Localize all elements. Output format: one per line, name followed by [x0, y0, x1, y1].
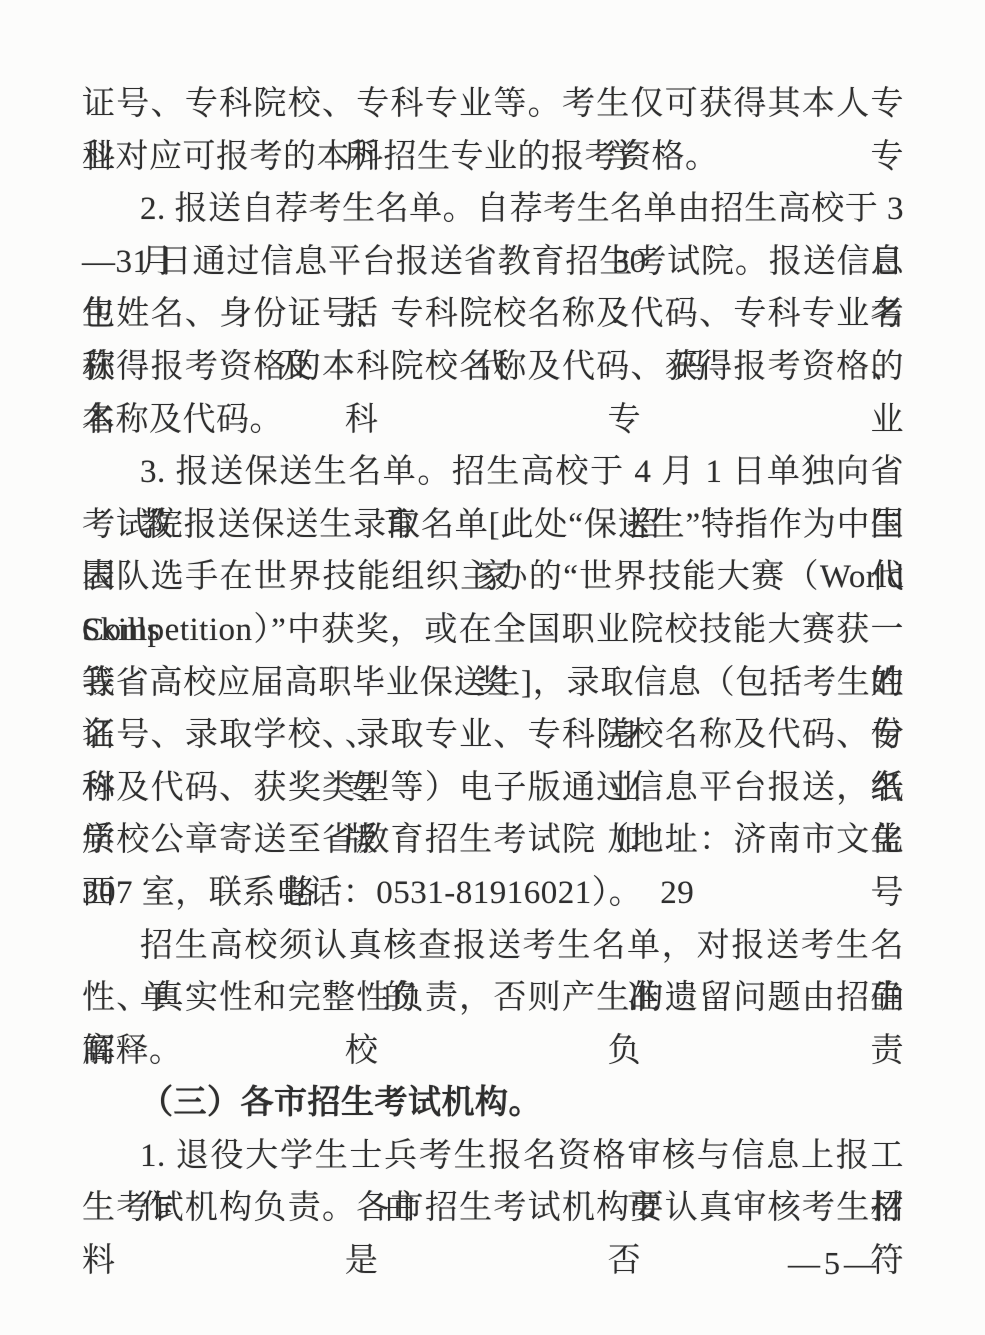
text-line: 3. 报送保送生名单。招生高校于 4 月 1 日单独向省教育招生 — [82, 446, 904, 499]
text-line: 考试院报送保送生录取名单[此处“保送生”特指作为中国国家代 — [82, 499, 904, 552]
section-heading: （三）各市招生考试机构。 — [82, 1077, 904, 1130]
text-line: 1. 退役大学生士兵考生报名资格审核与信息上报工作由市招 — [82, 1130, 904, 1183]
text-line: 招生高校须认真核查报送考生名单，对报送考生名单的准确 — [82, 920, 904, 973]
text-line: 获得报考资格的本科院校名称及代码、获得报考资格的本科专业 — [82, 341, 904, 394]
document-page: 证号、专科院校、专科专业等。考生仅可获得其本人专科所学专 业对应可报考的本科招生… — [0, 0, 985, 1335]
text-line: 称及代码、获奖类型等）电子版通过信息平台报送，纸质版加盖 — [82, 762, 904, 815]
text-line: —31 日通过信息平台报送省教育招生考试院。报送信息包括：考 — [82, 236, 904, 289]
text-line: 证号、录取学校、录取专业、专科院校名称及代码、专科专业名 — [82, 709, 904, 762]
text-line: 2. 报送自荐考生名单。自荐考生名单由招生高校于 3 月 30 日 — [82, 183, 904, 236]
text-line: Competition）”中获奖，或在全国职业院校技能大赛获一等奖的 — [82, 604, 904, 657]
text-line: 学校公章寄送至省教育招生考试院（地址：济南市文化西路 29 号 — [82, 814, 904, 867]
document-text: 证号、专科院校、专科专业等。考生仅可获得其本人专科所学专 业对应可报考的本科招生… — [82, 78, 904, 1235]
text-line: 我省高校应届高职毕业保送生]，录取信息（包括考生姓名、身份 — [82, 657, 904, 710]
text-line: 证号、专科院校、专科专业等。考生仅可获得其本人专科所学专 — [82, 78, 904, 131]
text-line: 生姓名、身份证号、专科院校名称及代码、专科专业名称及代码、 — [82, 288, 904, 341]
page-number: —5— — [82, 1243, 880, 1283]
text-line: 性、真实性和完整性负责，否则产生的遗留问题由招生高校负责 — [82, 972, 904, 1025]
text-line: 生考试机构负责。各市招生考试机构要认真审核考生材料是否符 — [82, 1182, 904, 1235]
text-line: 表队选手在世界技能组织主办的“世界技能大赛（World Skills — [82, 551, 904, 604]
